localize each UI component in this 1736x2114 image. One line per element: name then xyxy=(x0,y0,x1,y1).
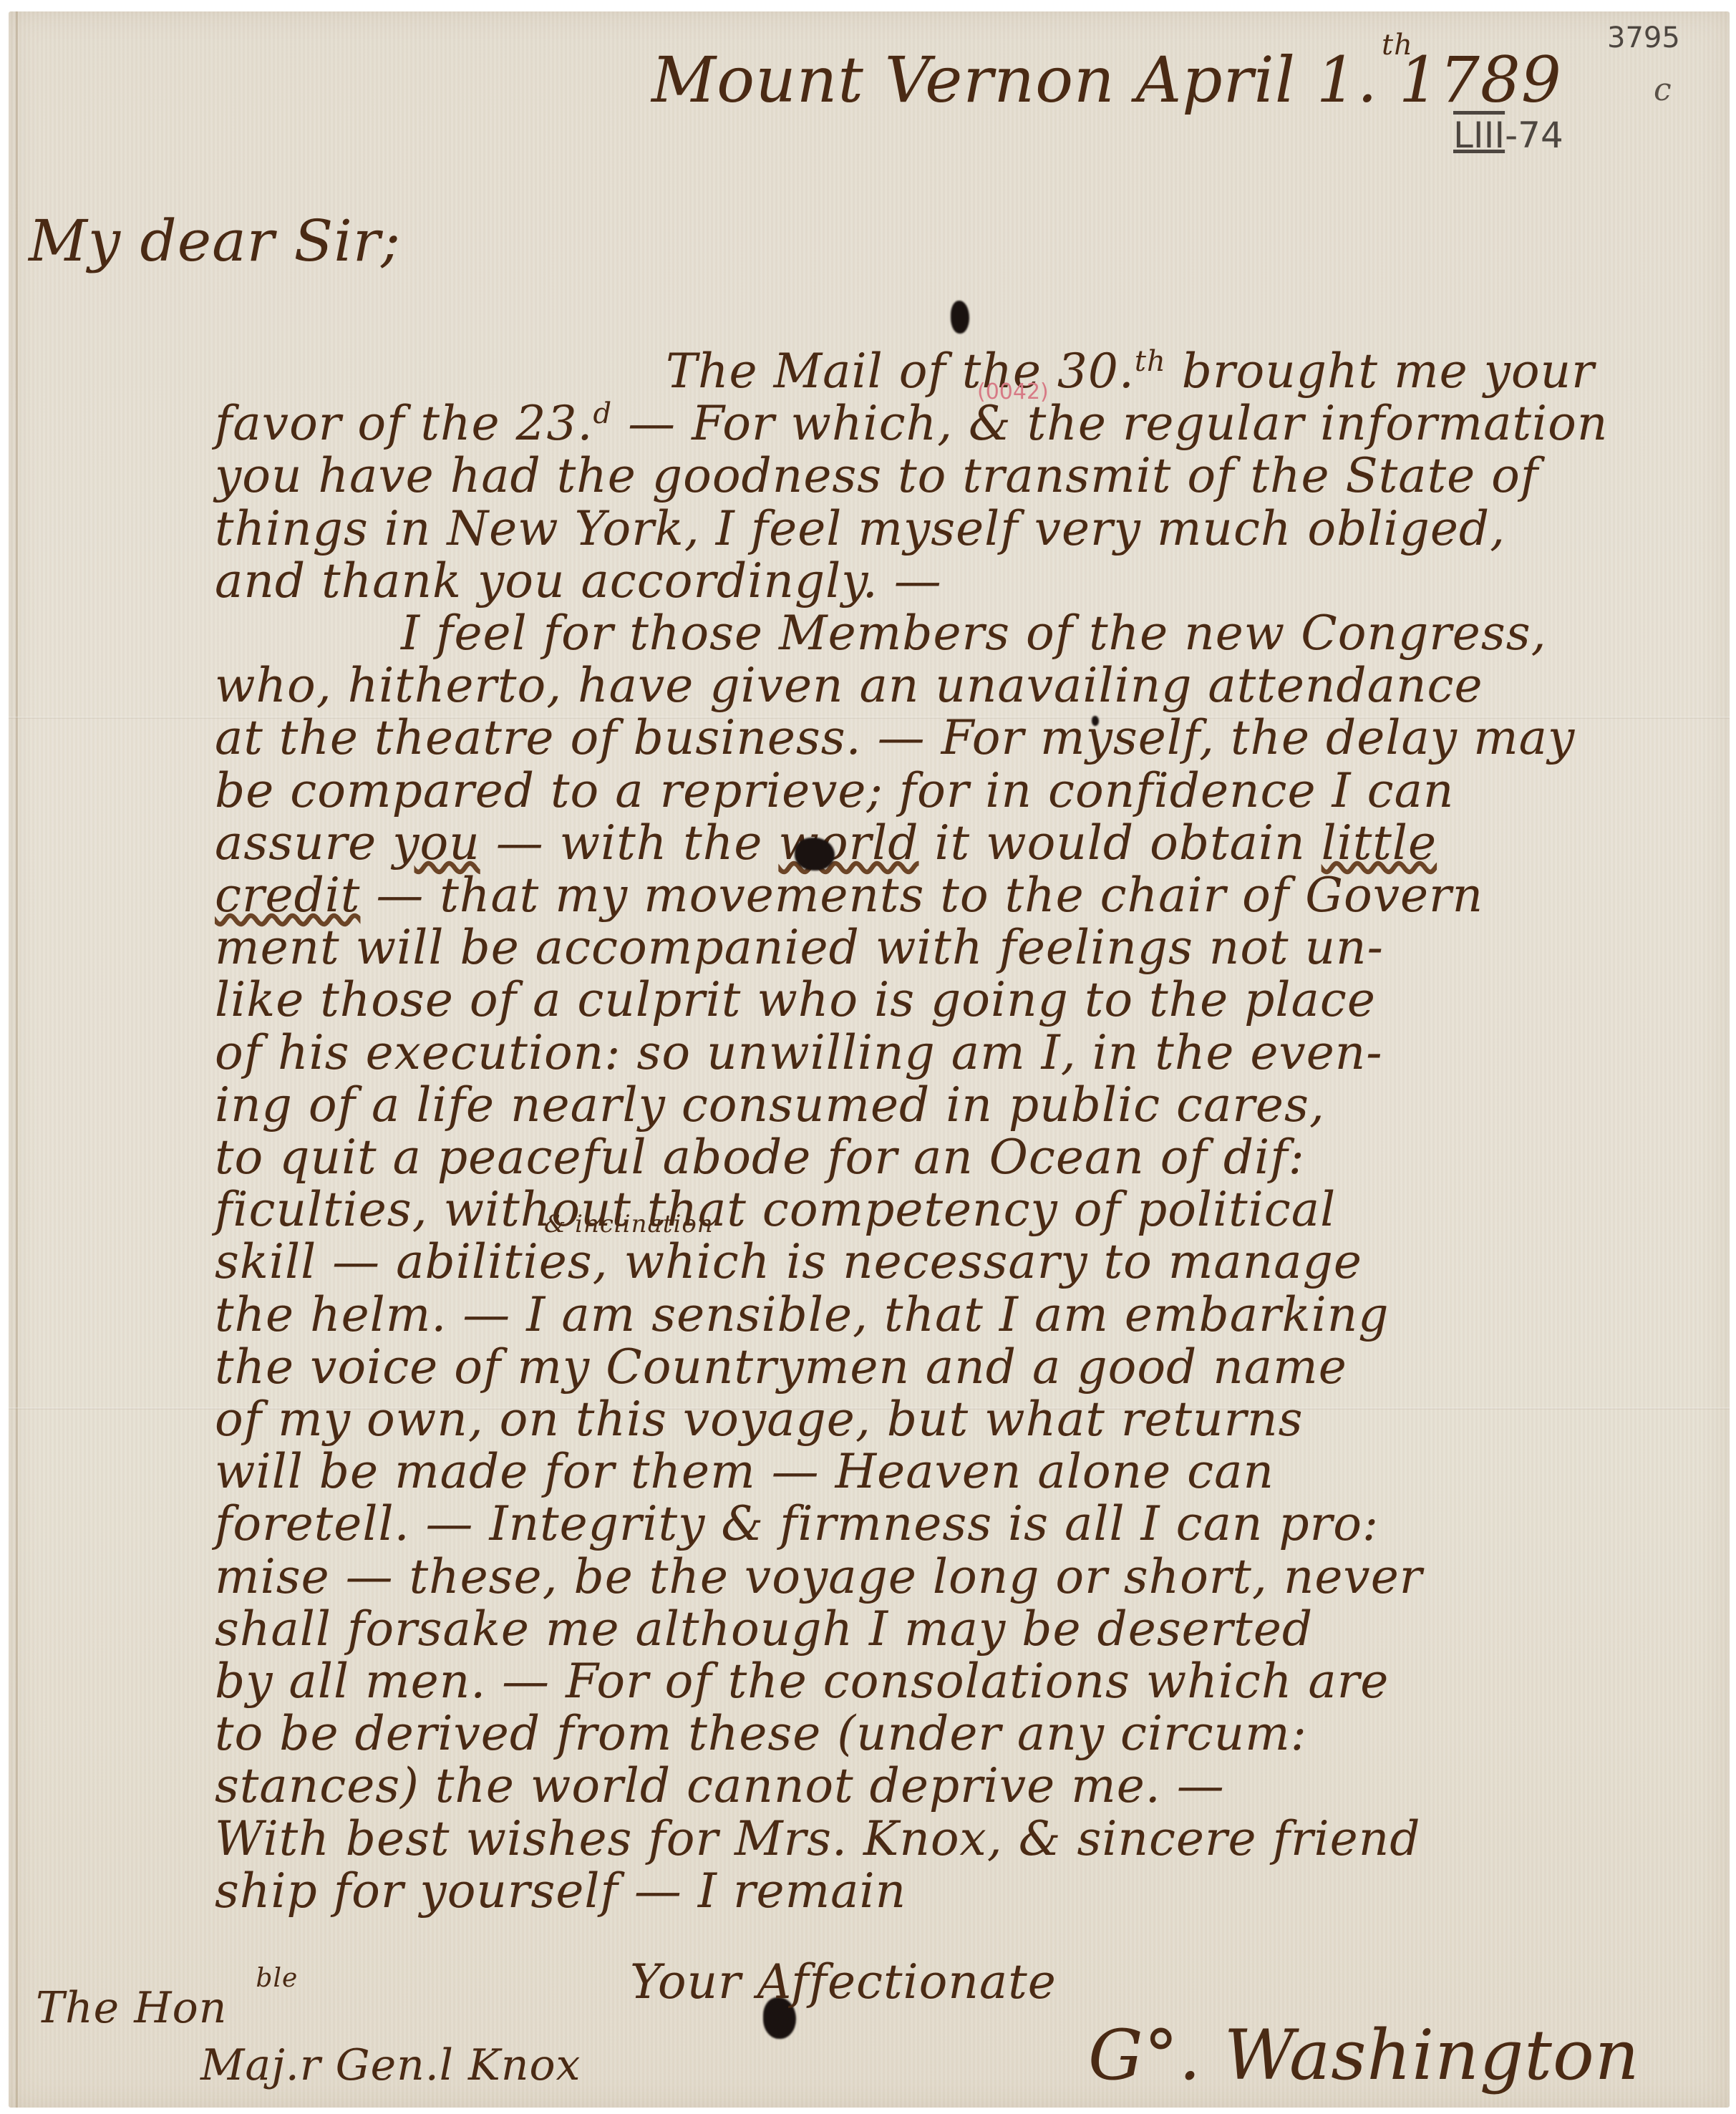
body-line: the voice of my Countrymen and a good na… xyxy=(215,1339,1347,1395)
ink-blot xyxy=(795,838,835,871)
volume-reference: LIII-74 xyxy=(1453,115,1563,156)
line-text: and thank you accordingly. — xyxy=(215,553,942,608)
body-line: foretell. — Integrity & firmness is all … xyxy=(215,1496,1379,1551)
body-line: ing of a life nearly consumed in public … xyxy=(215,1077,1325,1133)
body-line: skill — abilities, which is necessary to… xyxy=(215,1234,1362,1289)
line-text: stances) the world cannot deprive me. — xyxy=(215,1758,1225,1813)
body-line: The Mail of the 30.th brought me your xyxy=(666,344,1595,399)
line-text: I feel for those Members of the new Cong… xyxy=(401,606,1547,661)
underlined-word: little xyxy=(1322,815,1437,871)
line-text: of my own, on this voyage, but what retu… xyxy=(215,1392,1304,1447)
signature: G°. Washington xyxy=(1088,2015,1640,2095)
line-text: The Mail of the 30. xyxy=(666,344,1135,399)
body-line: to quit a peaceful abode for an Ocean of… xyxy=(215,1130,1305,1185)
body-line: things in New York, I feel myself very m… xyxy=(215,501,1505,556)
volume-roman: LIII xyxy=(1453,115,1505,156)
body-line: I feel for those Members of the new Cong… xyxy=(401,606,1547,661)
salutation: My dear Sir; xyxy=(29,208,401,274)
body-line: who, hitherto, have given an unavailing … xyxy=(215,658,1483,713)
body-line: favor of the 23.d — For which, & the reg… xyxy=(215,396,1608,451)
line-text: favor of the 23. xyxy=(215,396,593,451)
line-text: to quit a peaceful abode for an Ocean of… xyxy=(215,1130,1305,1185)
date: April 1. 1789 xyxy=(1136,43,1562,117)
line-text: ment will be accompanied with feelings n… xyxy=(215,920,1384,975)
corner-mark: c xyxy=(1654,72,1672,108)
line-text: by all men. — For of the consolations wh… xyxy=(215,1654,1389,1709)
body-line: of his execution: so unwilling am I, in … xyxy=(215,1025,1383,1080)
body-line: shall forsake me although I may be deser… xyxy=(215,1601,1313,1657)
line-text: at the theatre of business. — For myself… xyxy=(215,710,1575,765)
superscript: th xyxy=(1135,345,1166,378)
underlined-word: you xyxy=(392,815,480,871)
text-segment: — For which, & the regular information xyxy=(612,396,1608,451)
body-line: ment will be accompanied with feelings n… xyxy=(215,920,1384,975)
underlined-word: credit xyxy=(215,868,360,923)
superscript: d xyxy=(593,397,613,430)
line-text: to be derived from these (under any circ… xyxy=(215,1706,1307,1761)
line-text: the helm. — I am sensible, that I am emb… xyxy=(215,1287,1390,1342)
paper-left-edge xyxy=(16,11,18,2108)
line-text: you have had the goodness to transmit of… xyxy=(215,448,1538,503)
volume-number: -74 xyxy=(1505,115,1563,156)
addressee-line1: The Hon ble xyxy=(36,1983,283,2033)
line-text: ficulties, without that competency of po… xyxy=(215,1182,1336,1237)
line-text: things in New York, I feel myself very m… xyxy=(215,501,1505,556)
ink-dot xyxy=(1092,716,1099,726)
body-line: to be derived from these (under any circ… xyxy=(215,1706,1307,1761)
line-text: who, hitherto, have given an unavailing … xyxy=(215,658,1483,713)
place: Mount Vernon xyxy=(651,43,1115,117)
archive-number: 3795 xyxy=(1607,21,1680,54)
ink-blot xyxy=(951,301,969,334)
date-superscript: th xyxy=(1382,29,1413,62)
letter-dateline: Mount Vernon April 1. 1789 xyxy=(651,43,1562,117)
addressee-line2: Maj.r Gen.l Knox xyxy=(200,2040,581,2090)
body-line: be compared to a reprieve; for in confid… xyxy=(215,763,1454,818)
text-segment: — with the xyxy=(480,815,779,871)
line-text: will be made for them — Heaven alone can xyxy=(215,1444,1274,1499)
interlineation: & inclination xyxy=(544,1210,714,1238)
line-text: ship for yourself — I remain xyxy=(215,1863,906,1919)
line-text: skill — abilities, which is necessary to… xyxy=(215,1234,1362,1289)
addressee-superscript: ble xyxy=(256,1964,298,1993)
archive-stamp: (0042) xyxy=(977,379,1049,404)
text-segment: assure xyxy=(215,815,392,871)
body-line: of my own, on this voyage, but what retu… xyxy=(215,1392,1304,1447)
line-text: foretell. — Integrity & firmness is all … xyxy=(215,1496,1379,1551)
body-line: will be made for them — Heaven alone can xyxy=(215,1444,1274,1499)
text-segment: it would obtain xyxy=(919,815,1322,871)
line-text: ing of a life nearly consumed in public … xyxy=(215,1077,1325,1133)
line-text: like those of a culprit who is going to … xyxy=(215,972,1376,1027)
line-text: be compared to a reprieve; for in confid… xyxy=(215,763,1454,818)
body-line: the helm. — I am sensible, that I am emb… xyxy=(215,1287,1390,1342)
body-line: credit — that my movements to the chair … xyxy=(215,868,1483,923)
addressee-honorific: The Hon xyxy=(36,1983,227,2033)
text-segment: brought me your xyxy=(1166,344,1595,399)
body-line: ship for yourself — I remain xyxy=(215,1863,906,1919)
closing-line: Your Affectionate xyxy=(630,1954,1057,2009)
body-line: at the theatre of business. — For myself… xyxy=(215,710,1575,765)
body-line: mise — these, be the voyage long or shor… xyxy=(215,1549,1422,1604)
text-segment: — that my movements to the chair of Gove… xyxy=(360,868,1483,923)
body-line: by all men. — For of the consolations wh… xyxy=(215,1654,1389,1709)
line-text: of his execution: so unwilling am I, in … xyxy=(215,1025,1383,1080)
body-line: ficulties, without that competency of po… xyxy=(215,1182,1336,1237)
body-line: With best wishes for Mrs. Knox, & sincer… xyxy=(215,1811,1420,1866)
line-text: the voice of my Countrymen and a good na… xyxy=(215,1339,1347,1395)
line-text: mise — these, be the voyage long or shor… xyxy=(215,1549,1422,1604)
body-line: stances) the world cannot deprive me. — xyxy=(215,1758,1225,1813)
line-text: With best wishes for Mrs. Knox, & sincer… xyxy=(215,1811,1420,1866)
body-line: you have had the goodness to transmit of… xyxy=(215,448,1538,503)
line-text: shall forsake me although I may be deser… xyxy=(215,1601,1313,1657)
body-line: and thank you accordingly. — xyxy=(215,553,942,608)
body-line: like those of a culprit who is going to … xyxy=(215,972,1376,1027)
